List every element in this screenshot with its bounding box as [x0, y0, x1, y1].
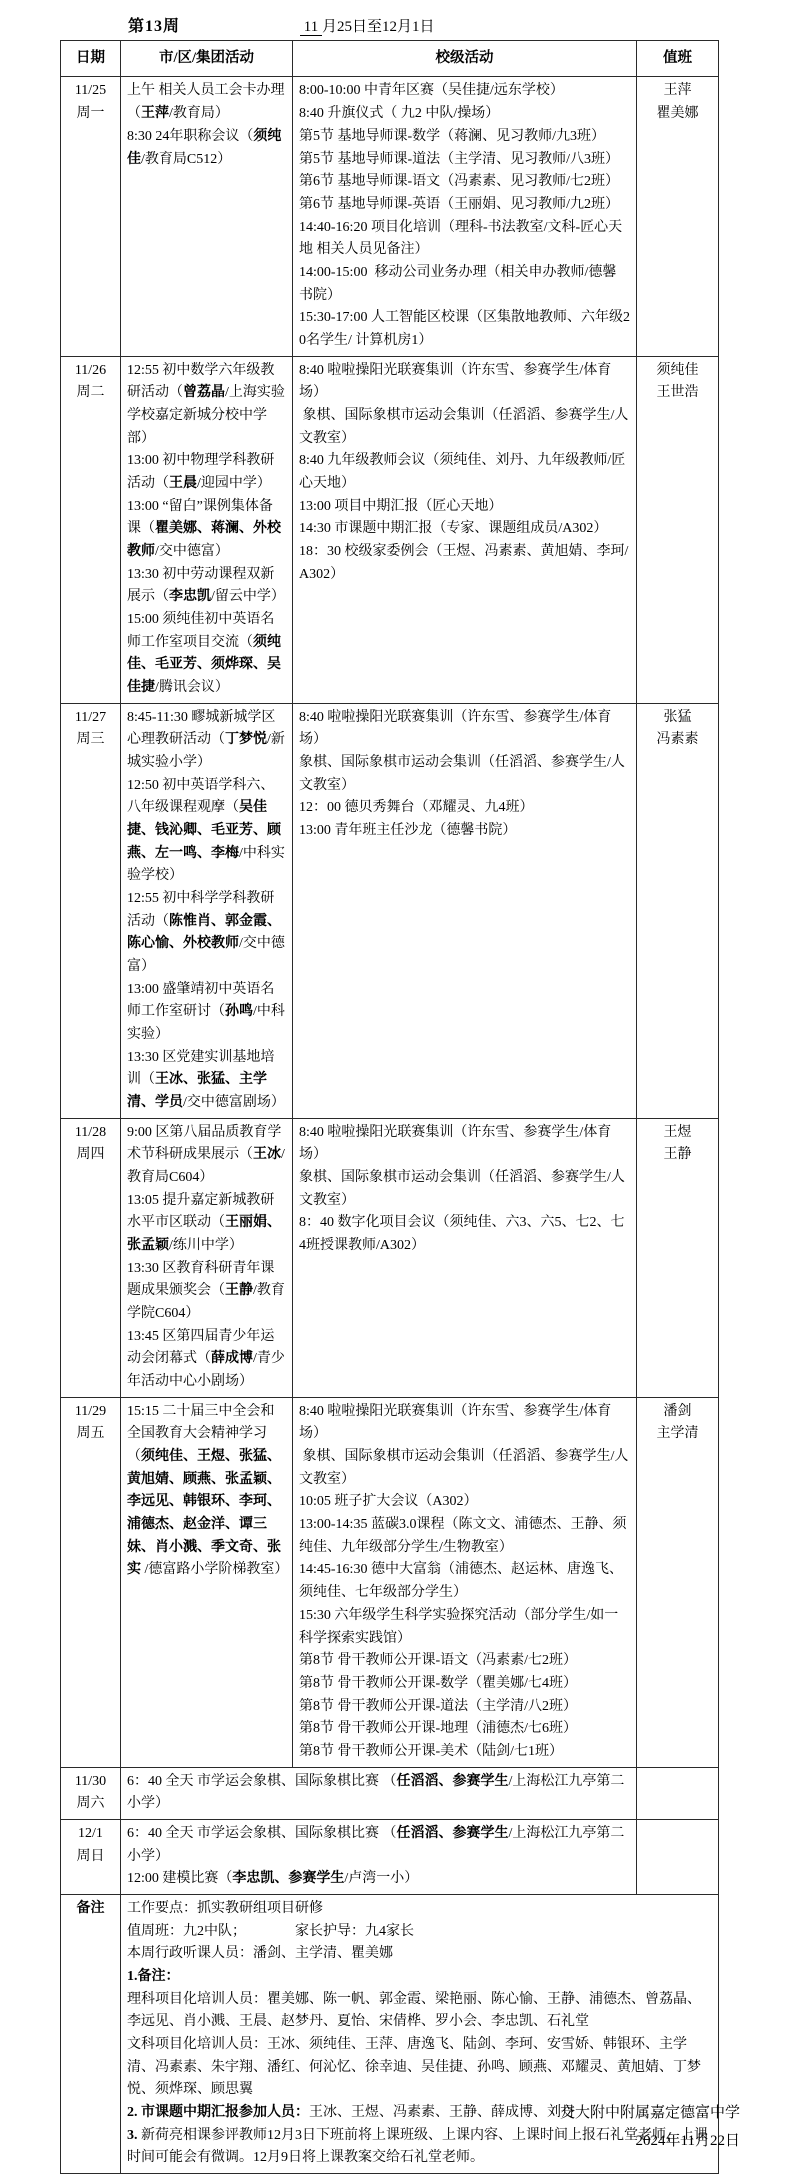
city-activities-cell: 8:45-11:30 疁城新城学区心理教研活动（丁梦悦/新城实验小学）12:50…	[121, 703, 293, 1118]
activity-line: 8：40 数字化项目会议（须纯佳、六3、六5、七2、七4班授课教师/A302）	[299, 1212, 630, 1257]
activity-line: 15:00 须纯佳初中英语名师工作室项目交流（须纯佳、毛亚芳、须烨琛、吴佳捷/腾…	[127, 609, 286, 700]
date-range: 11 月25日至12月1日	[300, 15, 434, 36]
remark-line: 本周行政听课人员：潘剑、主学清、瞿美娜	[127, 1943, 712, 1966]
weekday-label: 周日	[67, 1846, 114, 1869]
activity-line: 12:00 建模比赛（李忠凯、参赛学生/卢湾一小）	[127, 1868, 630, 1891]
duty-cell: 须纯佳王世浩	[637, 356, 719, 703]
activity-line: 8:40 啦啦操阳光联赛集训（许东雪、参赛学生/体育场）	[299, 1401, 630, 1446]
activity-line: 第5节 基地导师课-数学（蒋澜、见习教师/九3班）	[299, 126, 630, 149]
duty-cell: 潘剑主学清	[637, 1397, 719, 1767]
city-activities-cell: 12:55 初中数学六年级教研活动（曾荔晶/上海实验学校嘉定新城分校中学部）13…	[121, 356, 293, 703]
duty-cell	[637, 1819, 719, 1894]
activity-line: 13:00-14:35 蓝碳3.0课程（陈文文、浦德杰、王静、须纯佳、九年级部分…	[299, 1514, 630, 1559]
activity-line: 第8节 骨干教师公开课-数学（瞿美娜/七4班）	[299, 1673, 630, 1696]
date-label: 12/1	[67, 1823, 114, 1846]
duty-name: 瞿美娜	[643, 103, 712, 126]
table-row: 11/27周三8:45-11:30 疁城新城学区心理教研活动（丁梦悦/新城实验小…	[61, 703, 719, 1118]
activity-line: 15:30-17:00 人工智能区校课（区集散地教师、六年级20名学生/ 计算机…	[299, 307, 630, 352]
duty-cell: 王煜王静	[637, 1118, 719, 1397]
activity-line: 8:45-11:30 疁城新城学区心理教研活动（丁梦悦/新城实验小学）	[127, 707, 286, 775]
table-row: 11/28周四9:00 区第八届品质教育学术节科研成果展示（王冰/教育局C604…	[61, 1118, 719, 1397]
activity-line: 第8节 骨干教师公开课-道法（主学清/八2班）	[299, 1696, 630, 1719]
city-activities-cell: 15:15 二十届三中全会和全国教育大会精神学习（须纯佳、王煜、张猛、黄旭婧、顾…	[121, 1397, 293, 1767]
date-label: 11/25	[67, 80, 114, 103]
remark-line: 1.备注：	[127, 1966, 712, 1989]
school-activities-cell: 8:40 啦啦操阳光联赛集训（许东雪、参赛学生/体育场）象棋、国际象棋市运动会集…	[293, 1118, 637, 1397]
header-date: 日期	[61, 41, 121, 77]
remark-line: 理科项目化培训人员：瞿美娜、陈一帆、郭金霞、梁艳丽、陈心愉、王静、浦德杰、曾荔晶…	[127, 1989, 712, 2034]
table-row: 12/1周日6：40 全天 市学运会象棋、国际象棋比赛 （任滔滔、参赛学生/上海…	[61, 1819, 719, 1894]
activity-line: 14:45-16:30 德中大富翁（浦德杰、赵运林、唐逸飞、须纯佳、七年级部分学…	[299, 1559, 630, 1604]
activity-line: 13:00 项目中期汇报（匠心天地）	[299, 496, 630, 519]
activity-line: 8:00-10:00 中青年区赛（吴佳捷/远东学校）	[299, 80, 630, 103]
date-range-rest: 月25日至12月1日	[322, 19, 435, 35]
city-activities-cell: 上午 相关人员工会卡办理（王萍/教育局）8:30 24年职称会议（须纯佳/教育局…	[121, 77, 293, 356]
date-cell: 12/1周日	[61, 1819, 121, 1894]
school-activities-cell: 8:40 啦啦操阳光联赛集训（许东雪、参赛学生/体育场）象棋、国际象棋市运动会集…	[293, 703, 637, 1118]
activity-line: 第5节 基地导师课-道法（主学清、见习教师/八3班）	[299, 149, 630, 172]
activity-line: 第8节 骨干教师公开课-地理（浦德杰/七6班）	[299, 1718, 630, 1741]
duty-name: 王世浩	[643, 382, 712, 405]
table-row: 11/25周一上午 相关人员工会卡办理（王萍/教育局）8:30 24年职称会议（…	[61, 77, 719, 356]
table-row: 11/30周六6：40 全天 市学运会象棋、国际象棋比赛 （任滔滔、参赛学生/上…	[61, 1767, 719, 1819]
date-label: 11/26	[67, 360, 114, 383]
remarks-label-cell: 备注	[61, 1894, 121, 2173]
header-row: 日期 市/区/集团活动 校级活动 值班	[61, 41, 719, 77]
activity-line: 14:40-16:20 项目化培训（理科-书法教室/文科-匠心天地 相关人员见备…	[299, 217, 630, 262]
activity-line: 13:00 初中物理学科教研活动（王晨/迎园中学）	[127, 450, 286, 495]
activity-line: 13:30 初中劳动课程双新展示（李忠凯/留云中学）	[127, 564, 286, 609]
duty-name: 王静	[643, 1144, 712, 1167]
activity-line: 12:50 初中英语学科六、八年级课程观摩（吴佳捷、钱沁卿、毛亚芳、顾燕、左一鸣…	[127, 775, 286, 888]
date-label: 11/27	[67, 707, 114, 730]
activity-line: 第6节 基地导师课-英语（王丽娟、见习教师/九2班）	[299, 194, 630, 217]
activity-line: 12：00 德贝秀舞台（邓耀灵、九4班）	[299, 797, 630, 820]
date-label: 11/30	[67, 1771, 114, 1794]
duty-cell	[637, 1767, 719, 1819]
activity-line: 13:05 提升嘉定新城教研水平市区联动（王丽娟、张孟颖/练川中学）	[127, 1190, 286, 1258]
activity-line: 12:55 初中科学学科教研活动（陈惟肖、郭金霞、陈心愉、外校教师/交中德富）	[127, 888, 286, 979]
footer-school-name: 交大附中附属嘉定德富中学	[560, 2099, 740, 2128]
header-school-activities: 校级活动	[293, 41, 637, 77]
date-cell: 11/25周一	[61, 77, 121, 356]
date-cell: 11/28周四	[61, 1118, 121, 1397]
duty-cell: 张猛冯素素	[637, 703, 719, 1118]
schedule-table: 日期 市/区/集团活动 校级活动 值班 11/25周一上午 相关人员工会卡办理（…	[60, 40, 719, 2174]
activity-line: 第6节 基地导师课-语文（冯素素、见习教师/七2班）	[299, 171, 630, 194]
duty-name: 冯素素	[643, 729, 712, 752]
activity-line: 上午 相关人员工会卡办理（王萍/教育局）	[127, 80, 286, 125]
date-cell: 11/30周六	[61, 1767, 121, 1819]
city-activities-cell: 9:00 区第八届品质教育学术节科研成果展示（王冰/教育局C604）13:05 …	[121, 1118, 293, 1397]
duty-cell: 王萍瞿美娜	[637, 77, 719, 356]
activity-line: 象棋、国际象棋市运动会集训（任滔滔、参赛学生/人文教室）	[299, 1167, 630, 1212]
activity-line: 15:30 六年级学生科学实验探究活动（部分学生/如一科学探索实践馆）	[299, 1605, 630, 1650]
date-range-underlined: 11	[300, 19, 322, 36]
date-cell: 11/26周二	[61, 356, 121, 703]
duty-name: 潘剑	[643, 1401, 712, 1424]
activity-line: 13:00 青年班主任沙龙（德馨书院）	[299, 820, 630, 843]
activity-line: 18：30 校级家委例会（王煜、冯素素、黄旭婧、李珂/A302）	[299, 541, 630, 586]
activity-line: 8:40 升旗仪式（ 九2 中队/操场）	[299, 103, 630, 126]
activity-line: 6：40 全天 市学运会象棋、国际象棋比赛 （任滔滔、参赛学生/上海松江九亭第二…	[127, 1823, 630, 1868]
header-city-activities: 市/区/集团活动	[121, 41, 293, 77]
activity-line: 8:40 九年级教师会议（须纯佳、刘丹、九年级教师/匠心天地）	[299, 450, 630, 495]
school-activities-cell: 8:00-10:00 中青年区赛（吴佳捷/远东学校）8:40 升旗仪式（ 九2 …	[293, 77, 637, 356]
activity-line: 象棋、国际象棋市运动会集训（任滔滔、参赛学生/人文教室）	[299, 1446, 630, 1491]
duty-name: 主学清	[643, 1423, 712, 1446]
weekday-label: 周六	[67, 1793, 114, 1816]
remark-line: 文科项目化培训人员：王冰、须纯佳、王萍、唐逸飞、陆剑、李珂、安雪娇、韩银环、主学…	[127, 2034, 712, 2102]
date-label: 11/29	[67, 1401, 114, 1424]
activity-line: 9:00 区第八届品质教育学术节科研成果展示（王冰/教育局C604）	[127, 1122, 286, 1190]
activity-line: 象棋、国际象棋市运动会集训（任滔滔、参赛学生/人文教室）	[299, 405, 630, 450]
remark-line: 工作要点：抓实教研组项目研修	[127, 1898, 712, 1921]
activity-line: 13:00 盛肇靖初中英语名师工作室研讨（孙鸣/中科实验）	[127, 979, 286, 1047]
activity-line: 8:40 啦啦操阳光联赛集训（许东雪、参赛学生/体育场）	[299, 360, 630, 405]
schedule-body: 11/25周一上午 相关人员工会卡办理（王萍/教育局）8:30 24年职称会议（…	[61, 77, 719, 2173]
activity-line: 13:00 “留白”课例集体备课（瞿美娜、蒋澜、外校教师/交中德富）	[127, 496, 286, 564]
duty-name: 须纯佳	[643, 360, 712, 383]
activity-line: 15:15 二十届三中全会和全国教育大会精神学习（须纯佳、王煜、张猛、黄旭婧、顾…	[127, 1401, 286, 1582]
activity-line: 13:45 区第四届青少年运动会闭幕式（薛成博/青少年活动中心小剧场）	[127, 1326, 286, 1394]
table-row: 11/29周五15:15 二十届三中全会和全国教育大会精神学习（须纯佳、王煜、张…	[61, 1397, 719, 1767]
activity-line: 13:30 区党建实训基地培训（王冰、张猛、主学清、学员/交中德富剧场）	[127, 1047, 286, 1115]
date-cell: 11/29周五	[61, 1397, 121, 1767]
activity-line: 8:40 啦啦操阳光联赛集训（许东雪、参赛学生/体育场）	[299, 1122, 630, 1167]
activity-line: 第8节 骨干教师公开课-语文（冯素素/七2班）	[299, 1650, 630, 1673]
merged-activities-cell: 6：40 全天 市学运会象棋、国际象棋比赛 （任滔滔、参赛学生/上海松江九亭第二…	[121, 1767, 637, 1819]
activity-line: 10:05 班子扩大会议（A302）	[299, 1491, 630, 1514]
date-label: 11/28	[67, 1122, 114, 1145]
activity-line: 6：40 全天 市学运会象棋、国际象棋比赛 （任滔滔、参赛学生/上海松江九亭第二…	[127, 1771, 630, 1816]
week-title: 第13周	[128, 13, 180, 36]
footer-date: 2024年11月22日	[560, 2127, 740, 2156]
header-duty: 值班	[637, 41, 719, 77]
activity-line: 14:00-15:00 移动公司业务办理（相关申办教师/德馨书院）	[299, 262, 630, 307]
weekday-label: 周五	[67, 1423, 114, 1446]
activity-line: 12:55 初中数学六年级教研活动（曾荔晶/上海实验学校嘉定新城分校中学部）	[127, 360, 286, 451]
duty-name: 王煜	[643, 1122, 712, 1145]
remark-line: 值周班：九2中队； 家长护导：九4家长	[127, 1921, 712, 1944]
school-activities-cell: 8:40 啦啦操阳光联赛集训（许东雪、参赛学生/体育场） 象棋、国际象棋市运动会…	[293, 356, 637, 703]
activity-line: 第8节 骨干教师公开课-美术（陆剑/七1班）	[299, 1741, 630, 1764]
school-activities-cell: 8:40 啦啦操阳光联赛集训（许东雪、参赛学生/体育场） 象棋、国际象棋市运动会…	[293, 1397, 637, 1767]
date-cell: 11/27周三	[61, 703, 121, 1118]
weekday-label: 周二	[67, 382, 114, 405]
duty-name: 张猛	[643, 707, 712, 730]
activity-line: 13:30 区教育科研青年课题成果颁奖会（王静/教育学院C604）	[127, 1258, 286, 1326]
activity-line: 象棋、国际象棋市运动会集训（任滔滔、参赛学生/人文教室）	[299, 752, 630, 797]
weekday-label: 周四	[67, 1144, 114, 1167]
activity-line: 14:30 市课题中期汇报（专家、课题组成员/A302）	[299, 518, 630, 541]
weekday-label: 周一	[67, 103, 114, 126]
schedule-sheet: 第13周 11 月25日至12月1日 日期 市/区/集团活动 校级活动 值班 1…	[0, 0, 796, 2174]
activity-line: 8:40 啦啦操阳光联赛集训（许东雪、参赛学生/体育场）	[299, 707, 630, 752]
merged-activities-cell: 6：40 全天 市学运会象棋、国际象棋比赛 （任滔滔、参赛学生/上海松江九亭第二…	[121, 1819, 637, 1894]
table-row: 11/26周二12:55 初中数学六年级教研活动（曾荔晶/上海实验学校嘉定新城分…	[61, 356, 719, 703]
activity-line: 8:30 24年职称会议（须纯佳/教育局C512）	[127, 126, 286, 171]
title-bar: 第13周 11 月25日至12月1日	[60, 6, 796, 36]
duty-name: 王萍	[643, 80, 712, 103]
footer: 交大附中附属嘉定德富中学 2024年11月22日	[560, 2099, 740, 2156]
weekday-label: 周三	[67, 729, 114, 752]
